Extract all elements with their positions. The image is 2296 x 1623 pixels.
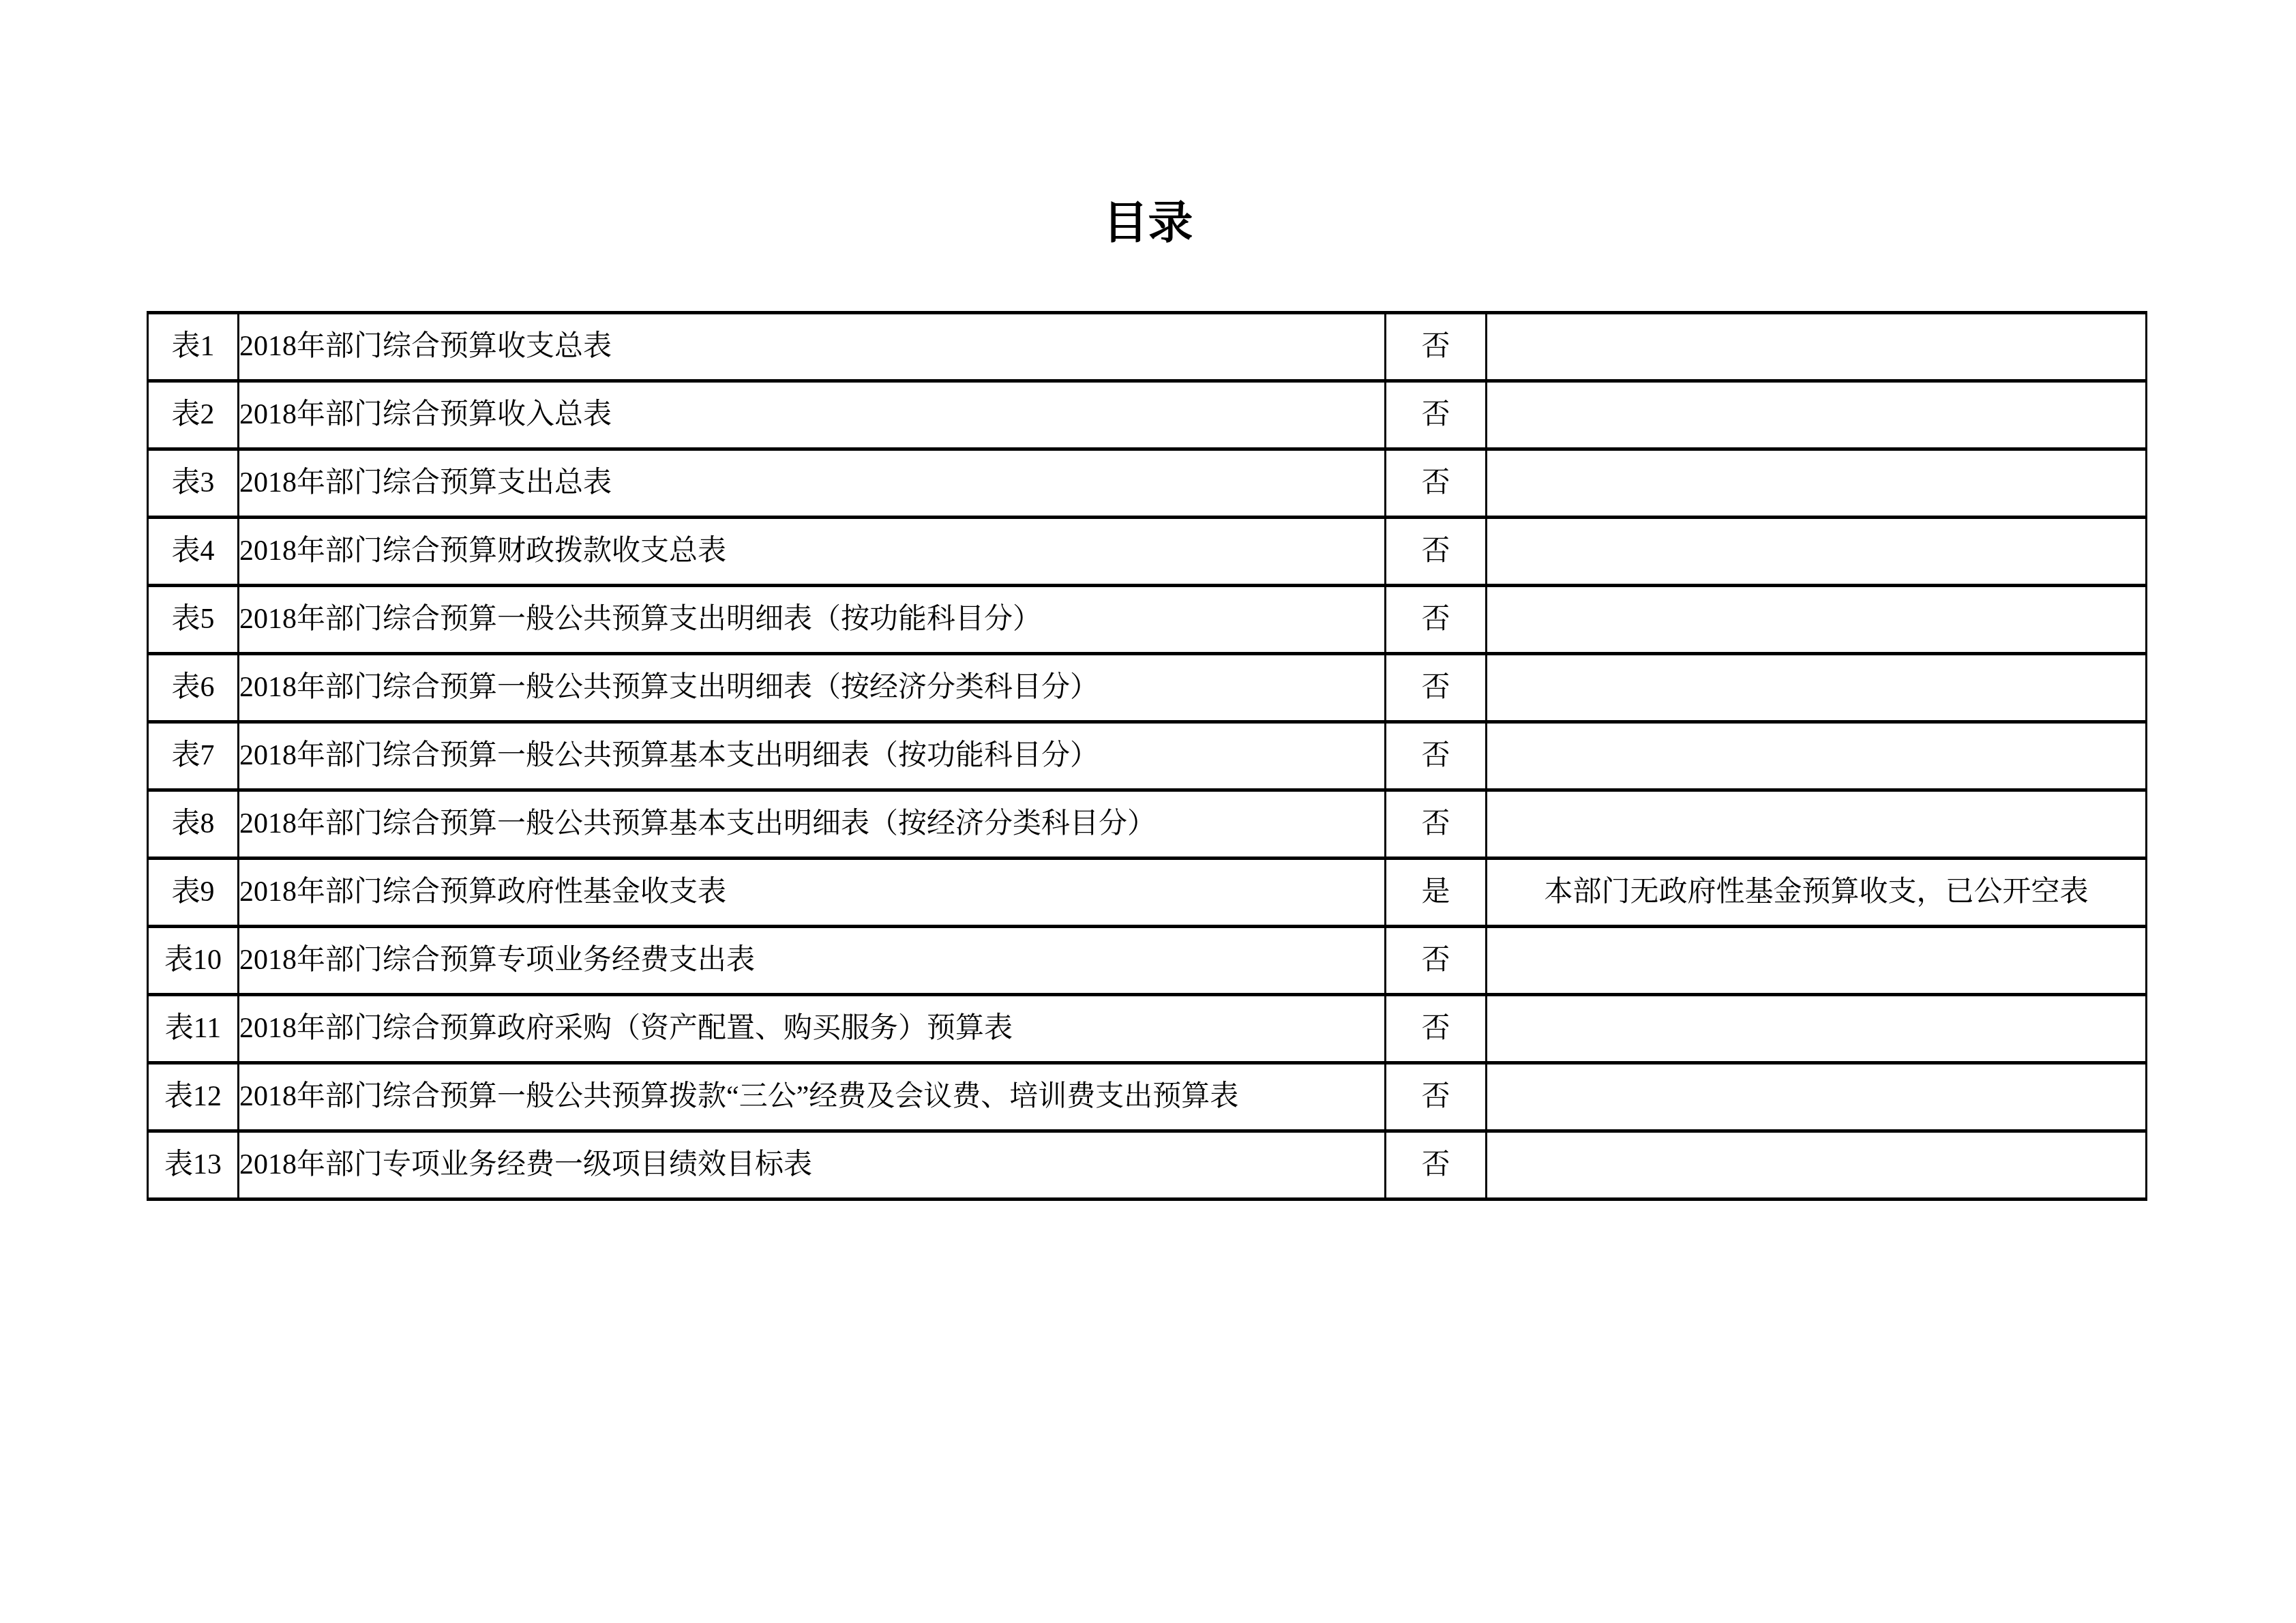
row-flag-cell: 否 [1386,654,1487,722]
row-remark-cell [1487,381,2147,449]
row-number-cell: 表13 [148,1131,239,1200]
table-row: 表5 2018年部门综合预算一般公共预算支出明细表（按功能科目分） 否 [148,586,2147,654]
row-flag-cell: 否 [1386,518,1487,586]
row-number-cell: 表1 [148,313,239,381]
row-flag-cell: 否 [1386,722,1487,790]
row-flag-cell: 否 [1386,790,1487,859]
row-number-cell: 表5 [148,586,239,654]
row-title-cell: 2018年部门综合预算一般公共预算拨款“三公”经费及会议费、培训费支出预算表 [239,1063,1386,1131]
row-remark-cell [1487,518,2147,586]
row-number-cell: 表9 [148,859,239,927]
row-title-cell: 2018年部门综合预算收支总表 [239,313,1386,381]
row-number-cell: 表7 [148,722,239,790]
row-title-cell: 2018年部门综合预算政府性基金收支表 [239,859,1386,927]
row-remark-cell [1487,586,2147,654]
row-title-cell: 2018年部门综合预算财政拨款收支总表 [239,518,1386,586]
row-number-cell: 表11 [148,995,239,1063]
row-title-cell: 2018年部门综合预算收入总表 [239,381,1386,449]
row-remark-cell [1487,927,2147,995]
table-row: 表4 2018年部门综合预算财政拨款收支总表 否 [148,518,2147,586]
table-row: 表1 2018年部门综合预算收支总表 否 [148,313,2147,381]
table-row: 表10 2018年部门综合预算专项业务经费支出表 否 [148,927,2147,995]
table-row: 表6 2018年部门综合预算一般公共预算支出明细表（按经济分类科目分） 否 [148,654,2147,722]
table-row: 表3 2018年部门综合预算支出总表 否 [148,449,2147,518]
table-row: 表7 2018年部门综合预算一般公共预算基本支出明细表（按功能科目分） 否 [148,722,2147,790]
row-flag-cell: 否 [1386,1131,1487,1200]
row-flag-cell: 否 [1386,995,1487,1063]
row-flag-cell: 否 [1386,449,1487,518]
row-remark-cell [1487,790,2147,859]
row-number-cell: 表3 [148,449,239,518]
toc-table-body: 表1 2018年部门综合预算收支总表 否 表2 2018年部门综合预算收入总表 … [148,313,2147,1200]
row-flag-cell: 否 [1386,586,1487,654]
row-title-cell: 2018年部门综合预算政府采购（资产配置、购买服务）预算表 [239,995,1386,1063]
table-row: 表11 2018年部门综合预算政府采购（资产配置、购买服务）预算表 否 [148,995,2147,1063]
table-row: 表8 2018年部门综合预算一般公共预算基本支出明细表（按经济分类科目分） 否 [148,790,2147,859]
row-remark-cell [1487,313,2147,381]
row-remark-cell: 本部门无政府性基金预算收支，已公开空表 [1487,859,2147,927]
row-remark-cell [1487,654,2147,722]
row-number-cell: 表12 [148,1063,239,1131]
row-title-cell: 2018年部门综合预算一般公共预算基本支出明细表（按经济分类科目分） [239,790,1386,859]
row-title-cell: 2018年部门综合预算一般公共预算支出明细表（按经济分类科目分） [239,654,1386,722]
row-title-cell: 2018年部门综合预算专项业务经费支出表 [239,927,1386,995]
row-flag-cell: 否 [1386,381,1487,449]
row-remark-cell [1487,1131,2147,1200]
row-number-cell: 表6 [148,654,239,722]
row-flag-cell: 是 [1386,859,1487,927]
table-row: 表13 2018年部门专项业务经费一级项目绩效目标表 否 [148,1131,2147,1200]
row-title-cell: 2018年部门综合预算支出总表 [239,449,1386,518]
row-remark-cell [1487,1063,2147,1131]
row-number-cell: 表8 [148,790,239,859]
page-title: 目录 [0,198,2296,250]
row-flag-cell: 否 [1386,1063,1487,1131]
row-title-cell: 2018年部门综合预算一般公共预算支出明细表（按功能科目分） [239,586,1386,654]
row-number-cell: 表2 [148,381,239,449]
row-remark-cell [1487,449,2147,518]
row-title-cell: 2018年部门综合预算一般公共预算基本支出明细表（按功能科目分） [239,722,1386,790]
row-flag-cell: 否 [1386,927,1487,995]
row-number-cell: 表10 [148,927,239,995]
table-row: 表9 2018年部门综合预算政府性基金收支表 是 本部门无政府性基金预算收支，已… [148,859,2147,927]
toc-table: 表1 2018年部门综合预算收支总表 否 表2 2018年部门综合预算收入总表 … [147,311,2147,1201]
table-row: 表2 2018年部门综合预算收入总表 否 [148,381,2147,449]
row-remark-cell [1487,995,2147,1063]
row-flag-cell: 否 [1386,313,1487,381]
row-number-cell: 表4 [148,518,239,586]
row-remark-cell [1487,722,2147,790]
row-title-cell: 2018年部门专项业务经费一级项目绩效目标表 [239,1131,1386,1200]
table-row: 表12 2018年部门综合预算一般公共预算拨款“三公”经费及会议费、培训费支出预… [148,1063,2147,1131]
